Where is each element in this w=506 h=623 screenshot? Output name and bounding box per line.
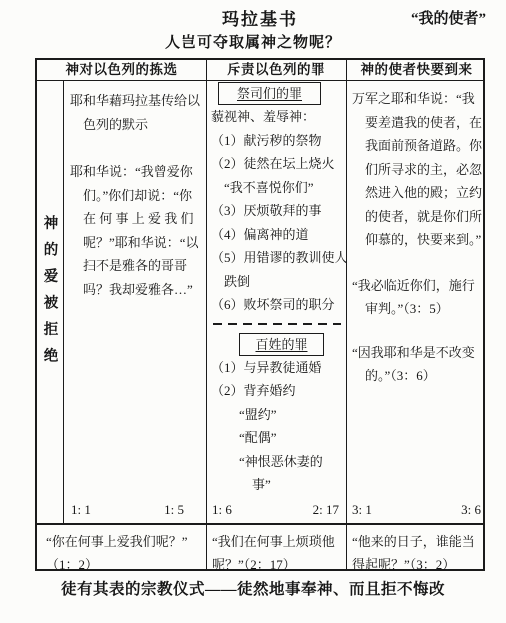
text-line: 吗？我却爱雅各…” bbox=[83, 278, 203, 302]
text-line: （1：2） bbox=[46, 553, 206, 576]
text-line: （4）偏离神的道 bbox=[211, 223, 343, 247]
text-line: 仰慕的，快要来到。” bbox=[365, 228, 485, 252]
priests-sin-list: （1）献污秽的祭物（2）徒然在坛上烧火“我不喜悦你们”（3）厌烦敬拜的事（4）偏… bbox=[211, 129, 343, 317]
col3-verse-range: 3: 1 3: 6 bbox=[346, 499, 487, 521]
page-title-right-label: “我的使者” bbox=[411, 7, 486, 28]
page-subtitle: 人岂可夺取属神之物呢？ bbox=[0, 31, 506, 52]
side-vertical-label: 神的爱被拒绝 bbox=[37, 215, 63, 374]
column-2-body: 祭司们的罪 藐视神、羞辱神： （1）献污秽的祭物（2）徒然在坛上烧火“我不喜悦你… bbox=[206, 80, 346, 523]
text-line: 跌倒 bbox=[224, 270, 343, 294]
malachi-outline-table: 神对以色列的拣选 斥责以色列的罪 神的使者快要到来 神的爱被拒绝 耶和华藉玛拉基… bbox=[35, 58, 485, 571]
text-line: “盟约” bbox=[239, 403, 343, 427]
column-header-messenger: 神的使者快要到来 bbox=[346, 60, 487, 80]
col2-verse-range: 1: 6 2: 17 bbox=[206, 499, 346, 521]
text-line: 色列的默示 bbox=[83, 113, 203, 137]
col1-verse-end: 1: 5 bbox=[164, 499, 184, 521]
text-line: 扫不是雅各的哥哥 bbox=[83, 254, 203, 278]
text-line: “神恨恶休妻的 bbox=[239, 450, 343, 474]
page-footer-summary: 徒有其表的宗教仪式——徒然地事奉神、而且拒不悔改 bbox=[0, 577, 506, 599]
text-line: 在 何 事 上 爱 我 们 bbox=[83, 207, 203, 231]
text-line: 的。”（3：6） bbox=[365, 364, 485, 388]
col3-verse-start: 3: 1 bbox=[352, 499, 372, 521]
column-1-body: 耶和华藉玛拉基传给以色列的默示 耶和华说：“我曾爱你们。”你们却说：“你在 何 … bbox=[63, 80, 206, 523]
col1-paragraph-2: 耶和华说：“我曾爱你们。”你们却说：“你在 何 事 上 爱 我 们呢？”耶和华说… bbox=[70, 160, 203, 301]
priests-sin-box: 祭司们的罪 bbox=[218, 82, 321, 105]
text-line: 要差遣我的使者，在 bbox=[365, 111, 485, 135]
col1-verse-range: 1: 1 1: 5 bbox=[63, 499, 206, 521]
text-line: “我不喜悦你们” bbox=[224, 176, 343, 200]
col3-verse-end: 3: 6 bbox=[461, 499, 481, 521]
text-line: “我必临近你们，施行 bbox=[352, 274, 485, 298]
text-line: “你在何事上爱我们呢？” bbox=[46, 530, 206, 553]
col3-key-quote: “他来的日子，谁能当得起呢？”（3：2） bbox=[346, 523, 487, 569]
people-sin-list: （1）与异教徒通婚（2）背弃婚约“盟约”“配偶”“神恨恶休妻的事” bbox=[211, 356, 343, 497]
col1-paragraph-1: 耶和华藉玛拉基传给以色列的默示 bbox=[70, 89, 203, 136]
text-line: （5）用错谬的教训使人 bbox=[211, 246, 343, 270]
col2-key-quote: “我们在何事上烦琐他呢？”（2：17） bbox=[206, 523, 346, 569]
column-header-rebuke: 斥责以色列的罪 bbox=[206, 60, 346, 80]
column-3-body: 万军之耶和华说：“我要差遣我的使者，在我面前预备道路。你们所寻求的主，必忽然进入… bbox=[346, 80, 487, 523]
side-vertical-label-text: 神的爱被拒绝 bbox=[40, 215, 61, 374]
col2-verse-end: 2: 17 bbox=[313, 499, 339, 521]
dashed-divider bbox=[213, 323, 341, 325]
text-line: 们所寻求的主，必忽 bbox=[365, 158, 485, 182]
text-line: （3）厌烦敬拜的事 bbox=[211, 199, 343, 223]
text-line: 们。”你们却说：“你 bbox=[83, 184, 203, 208]
text-line: 呢？”（2：17） bbox=[212, 553, 346, 576]
text-line: （1）与异教徒通婚 bbox=[211, 356, 343, 380]
col3-paragraph-1: 万军之耶和华说：“我要差遣我的使者，在我面前预备道路。你们所寻求的主，必忽然进入… bbox=[352, 87, 485, 252]
text-line: “我们在何事上烦琐他 bbox=[212, 530, 346, 553]
col3-paragraph-2: “我必临近你们，施行审判。”（3：5） bbox=[352, 274, 485, 321]
text-line: （2）徒然在坛上烧火 bbox=[211, 152, 343, 176]
text-line: 万军之耶和华说：“我 bbox=[352, 87, 485, 111]
column-header-election: 神对以色列的拣选 bbox=[37, 60, 206, 80]
text-line: （6）败坏祭司的职分 bbox=[211, 293, 343, 317]
scanned-chart-page: 玛拉基书 “我的使者” 人岂可夺取属神之物呢？ 神对以色列的拣选 斥责以色列的罪… bbox=[0, 0, 506, 623]
text-line: “配偶” bbox=[239, 426, 343, 450]
text-line: “他来的日子，谁能当 bbox=[352, 530, 487, 553]
text-line: 事” bbox=[252, 473, 343, 497]
text-line: 耶和华藉玛拉基传给以 bbox=[70, 89, 203, 113]
text-line: 然进入他的殿；立约 bbox=[365, 181, 485, 205]
col2-verse-start: 1: 6 bbox=[212, 499, 232, 521]
text-line: 的使者，就是你们所 bbox=[365, 205, 485, 229]
col1-verse-start: 1: 1 bbox=[71, 499, 91, 521]
text-line: 审判。”（3：5） bbox=[365, 297, 485, 321]
text-line: 呢？”耶和华说：“以 bbox=[83, 231, 203, 255]
text-line: （1）献污秽的祭物 bbox=[211, 129, 343, 153]
text-line: 耶和华说：“我曾爱你 bbox=[70, 160, 203, 184]
col3-paragraph-3: “因我耶和华是不改变的。”（3：6） bbox=[352, 341, 485, 388]
people-sin-box-label: 百姓的罪 bbox=[255, 337, 307, 352]
priests-sin-box-label: 祭司们的罪 bbox=[237, 86, 302, 101]
people-sin-box: 百姓的罪 bbox=[239, 333, 324, 356]
text-line: “因我耶和华是不改变 bbox=[352, 341, 485, 365]
col1-key-quote: “你在何事上爱我们呢？”（1：2） bbox=[37, 523, 206, 569]
text-line: 得起呢？”（3：2） bbox=[352, 553, 487, 576]
text-line: （2）背弃婚约 bbox=[211, 379, 343, 403]
text-line: 我面前预备道路。你 bbox=[365, 134, 485, 158]
col2-intro-line: 藐视神、羞辱神： bbox=[211, 105, 343, 129]
